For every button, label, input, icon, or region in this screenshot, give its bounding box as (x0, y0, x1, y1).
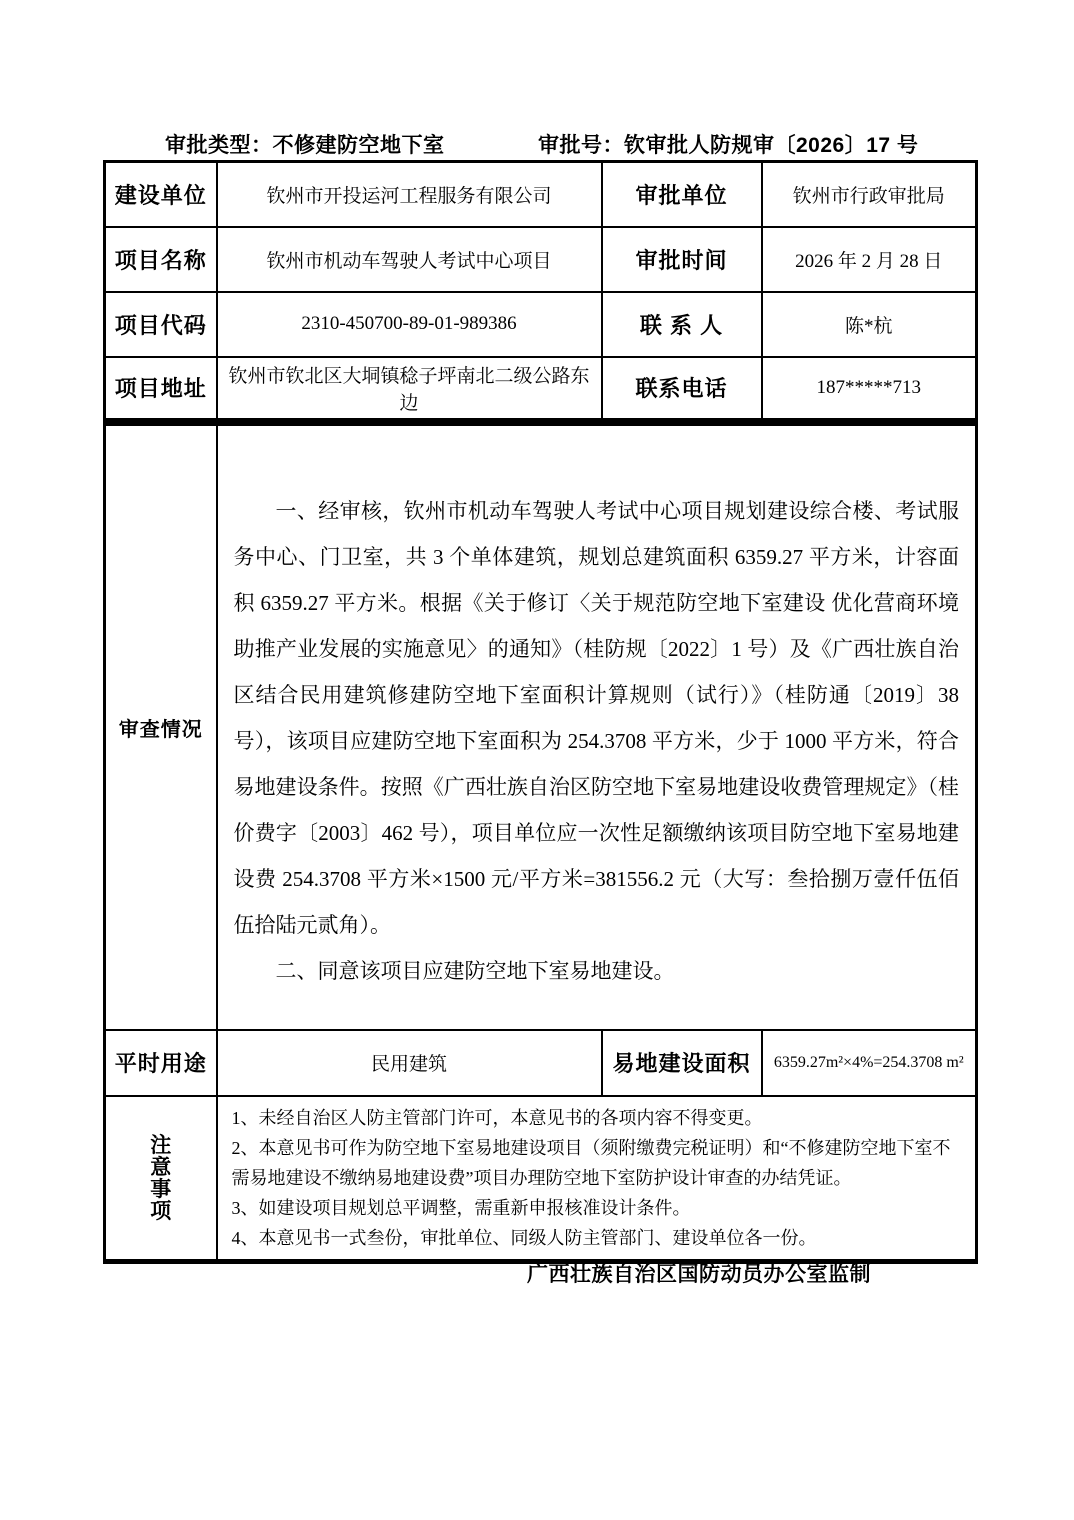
contact-phone-label: 联系电话 (602, 357, 762, 422)
offsite-area-label: 易地建设面积 (602, 1030, 762, 1096)
peacetime-use-label: 平时用途 (105, 1030, 217, 1096)
note-item: 3、如建设项目规划总平调整，需重新申报核准设计条件。 (232, 1193, 962, 1223)
approval-date-value: 2026 年 2 月 28 日 (762, 227, 977, 292)
approval-number: 审批号：钦审批人防规审〔2026〕17 号 (538, 129, 918, 159)
note-item: 4、本意见书一式叁份，审批单位、同级人防主管部门、建设单位各一份。 (232, 1223, 962, 1253)
table-row: 项目地址 钦州市钦北区大垌镇稔子坪南北二级公路东边 联系电话 187*****7… (105, 357, 977, 422)
peacetime-use-value: 民用建筑 (217, 1030, 602, 1096)
approval-type: 审批类型：不修建防空地下室 (165, 129, 445, 159)
note-item: 1、未经自治区人防主管部门许可，本意见书的各项内容不得变更。 (232, 1103, 962, 1133)
notes-label-char: 事 (106, 1178, 216, 1200)
project-code-value: 2310-450700-89-01-989386 (217, 292, 602, 357)
approval-unit-label: 审批单位 (602, 162, 762, 227)
construction-unit-value: 钦州市开投运河工程服务有限公司 (217, 162, 602, 227)
table-row: 项目代码 2310-450700-89-01-989386 联 系 人 陈*杭 (105, 292, 977, 357)
approval-date-label: 审批时间 (602, 227, 762, 292)
project-code-label: 项目代码 (105, 292, 217, 357)
project-name-label: 项目名称 (105, 227, 217, 292)
table-row: 平时用途 民用建筑 易地建设面积 6359.27m²×4%=254.3708 m… (105, 1030, 977, 1096)
project-name-value: 钦州市机动车驾驶人考试中心项目 (217, 227, 602, 292)
document-page: 审批类型：不修建防空地下室 审批号：钦审批人防规审〔2026〕17 号 建设单位… (0, 0, 1074, 1520)
approval-unit-value: 钦州市行政审批局 (762, 162, 977, 227)
review-content: 一、经审核，钦州市机动车驾驶人考试中心项目规划建设综合楼、考试服务中心、门卫室，… (217, 422, 977, 1030)
offsite-area-value: 6359.27m²×4%=254.3708 m² (762, 1030, 977, 1096)
contact-person-label: 联 系 人 (602, 292, 762, 357)
notes-label-char: 注 (106, 1134, 216, 1156)
project-address-value: 钦州市钦北区大垌镇稔子坪南北二级公路东边 (217, 357, 602, 422)
review-paragraph-2: 二、同意该项目应建防空地下室易地建设。 (234, 948, 960, 994)
contact-phone-value: 187*****713 (762, 357, 977, 422)
notes-label-char: 意 (106, 1156, 216, 1178)
note-item: 2、本意见书可作为防空地下室易地建设项目（须附缴费完税证明）和“不修建防空地下室… (232, 1133, 962, 1193)
notes-label: 注 意 事 项 (105, 1096, 217, 1262)
issuer-note: 广西壮族自治区国防动员办公室监制 (103, 1258, 975, 1288)
table-row: 项目名称 钦州市机动车驾驶人考试中心项目 审批时间 2026 年 2 月 28 … (105, 227, 977, 292)
review-section: 审查情况 一、经审核，钦州市机动车驾驶人考试中心项目规划建设综合楼、考试服务中心… (105, 422, 977, 1030)
project-address-label: 项目地址 (105, 357, 217, 422)
construction-unit-label: 建设单位 (105, 162, 217, 227)
notes-label-char: 项 (106, 1200, 216, 1222)
contact-person-value: 陈*杭 (762, 292, 977, 357)
review-status-label: 审查情况 (105, 422, 217, 1030)
table-row: 建设单位 钦州市开投运河工程服务有限公司 审批单位 钦州市行政审批局 (105, 162, 977, 227)
notes-section: 注 意 事 项 1、未经自治区人防主管部门许可，本意见书的各项内容不得变更。 2… (105, 1096, 977, 1262)
approval-table: 建设单位 钦州市开投运河工程服务有限公司 审批单位 钦州市行政审批局 项目名称 … (103, 160, 978, 1264)
notes-content: 1、未经自治区人防主管部门许可，本意见书的各项内容不得变更。 2、本意见书可作为… (217, 1096, 977, 1262)
review-paragraph-1: 一、经审核，钦州市机动车驾驶人考试中心项目规划建设综合楼、考试服务中心、门卫室，… (234, 488, 960, 948)
